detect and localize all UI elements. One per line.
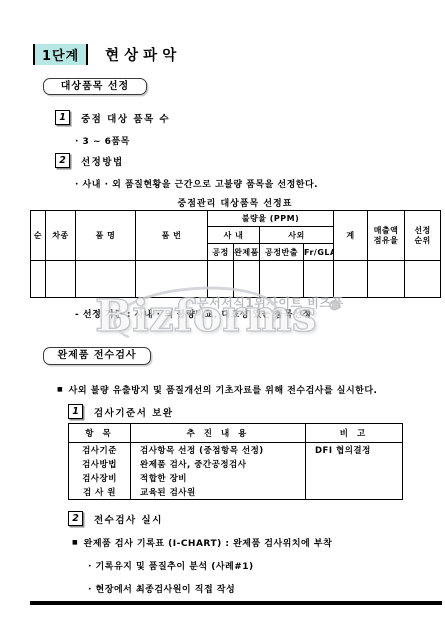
t2-cell-item: 검사기준 (69, 443, 131, 458)
t2-cell-note (306, 485, 403, 500)
page-title: 현상파악 (105, 44, 181, 65)
rank-line2: 순위 (405, 236, 440, 246)
table-row: 검사기준 검사항목 선정 (중점항목 선정) DFI 협의결정 (69, 443, 403, 458)
col-header-selection-rank: 선정 순위 (405, 211, 441, 261)
empty-data-row (31, 261, 441, 298)
col-header-item-name: 품 명 (76, 211, 136, 261)
heading-label: 전수검사 실시 (94, 512, 163, 526)
bullet-item-count: · 3 ~ 6품목 (75, 134, 130, 147)
heading-target-item-count: 1 중점 대상 품목 수 (55, 110, 170, 125)
table-row: 검사장비 적합한 장비 (69, 471, 403, 485)
subcol-finished: 완제품 (234, 244, 260, 261)
section-number-badge: 1 (55, 110, 70, 125)
section-number-badge: 2 (68, 511, 83, 526)
selection-criteria-note: - 선정 기준 : 사내 · 외 불량비교, 대표성 있는 품목선정 (75, 307, 311, 320)
sales-line1: 매출액 (368, 226, 404, 236)
bottom-rule (30, 601, 442, 605)
ichart-text: 완제품 검사 기록표 (I-CHART) : 완제품 검사위치에 부착 (84, 536, 333, 549)
t2-header-item: 항 목 (69, 424, 131, 443)
subcol-release: 공정반출 (260, 244, 304, 261)
section-box-full-inspection: 완제품 전수검사 (43, 347, 151, 365)
selection-table: 순 차종 품 명 품 번 불량율 (PPM) 계 매출액 점유율 선정 순위 사… (30, 210, 441, 298)
t2-cell-content: 적합한 장비 (131, 471, 306, 485)
sales-line2: 점유율 (368, 236, 404, 246)
col-group-inhouse: 사 내 (208, 227, 260, 244)
t2-cell-item: 검사장비 (69, 471, 131, 485)
step-header: 1단계 현상파악 (33, 44, 181, 65)
heading-selection-method: 2 선정방법 (55, 153, 124, 168)
section-number-badge: 1 (68, 404, 83, 419)
col-header-sales-share: 매출액 점유율 (368, 211, 405, 261)
t2-cell-content: 완제품 검사, 중간공정검사 (131, 457, 306, 471)
col-header-model: 차종 (46, 211, 76, 261)
t2-header-note: 비 고 (306, 424, 403, 443)
heading-label: 중점 대상 품목 수 (81, 111, 170, 125)
ichart-bullet: ■ 완제품 검사 기록표 (I-CHART) : 완제품 검사위치에 부착 (72, 536, 332, 549)
heading-inspection-standard: 1 검사기준서 보완 (68, 404, 174, 419)
rank-line1: 선정 (405, 226, 440, 236)
t2-cell-note (306, 471, 403, 485)
t2-cell-note (306, 457, 403, 471)
selection-table-title: 중점관리 대상품목 선정표 (30, 196, 440, 209)
inspection-intro: ■ 사외 불량 유출방지 및 품질개선의 기초자료를 위해 전수검사를 실시한다… (57, 383, 377, 396)
bullet-selection-method: · 사내 · 외 품질현황을 근간으로 고불량 품목을 선정한다. (75, 177, 318, 190)
registered-mark-icon: ® (328, 299, 341, 314)
heading-inspection-execution: 2 전수검사 실시 (68, 511, 163, 526)
table-row: 검 사 원 교육된 검사원 (69, 485, 403, 500)
intro-text: 사외 불량 유출방지 및 품질개선의 기초자료를 위해 전수검사를 실시한다. (69, 383, 378, 396)
sub-bullet-record: · 기록유지 및 품질추이 분석 (사례#1) (88, 559, 254, 572)
col-group-external: 사외 (260, 227, 334, 244)
section-number-badge: 2 (55, 153, 70, 168)
subcol-process: 공정 (208, 244, 234, 261)
t2-cell-note: DFI 협의결정 (306, 443, 403, 458)
t2-cell-item: 검사방법 (69, 457, 131, 471)
t2-cell-item: 검 사 원 (69, 485, 131, 500)
col-group-defect-rate: 불량율 (PPM) (208, 211, 334, 227)
table-row: 검사방법 완제품 검사, 중간공정검사 (69, 457, 403, 471)
heading-label: 검사기준서 보완 (94, 405, 174, 419)
col-header-total: 계 (334, 211, 368, 261)
t2-cell-content: 교육된 검사원 (131, 485, 306, 500)
t2-header-content: 추 진 내 용 (131, 424, 306, 443)
square-bullet-icon: ■ (57, 386, 63, 393)
square-bullet-icon: ■ (72, 539, 78, 546)
document-page: 1단계 현상파악 대상품목 선정 1 중점 대상 품목 수 · 3 ~ 6품목 … (0, 0, 445, 640)
t2-cell-content: 검사항목 선정 (중점항목 선정) (131, 443, 306, 458)
sub-bullet-onsite: · 현장에서 최종검사원이 직접 작성 (88, 582, 235, 595)
step-badge: 1단계 (33, 44, 88, 65)
col-header-item-no: 품 번 (136, 211, 208, 261)
col-header-seq: 순 (31, 211, 46, 261)
subcol-frglass: Fr/GLASS (304, 244, 334, 261)
inspection-plan-table: 항 목 추 진 내 용 비 고 검사기준 검사항목 선정 (중점항목 선정) D… (68, 423, 403, 500)
section-box-target-item-selection: 대상품목 선정 (43, 78, 147, 95)
heading-label: 선정방법 (81, 154, 124, 168)
